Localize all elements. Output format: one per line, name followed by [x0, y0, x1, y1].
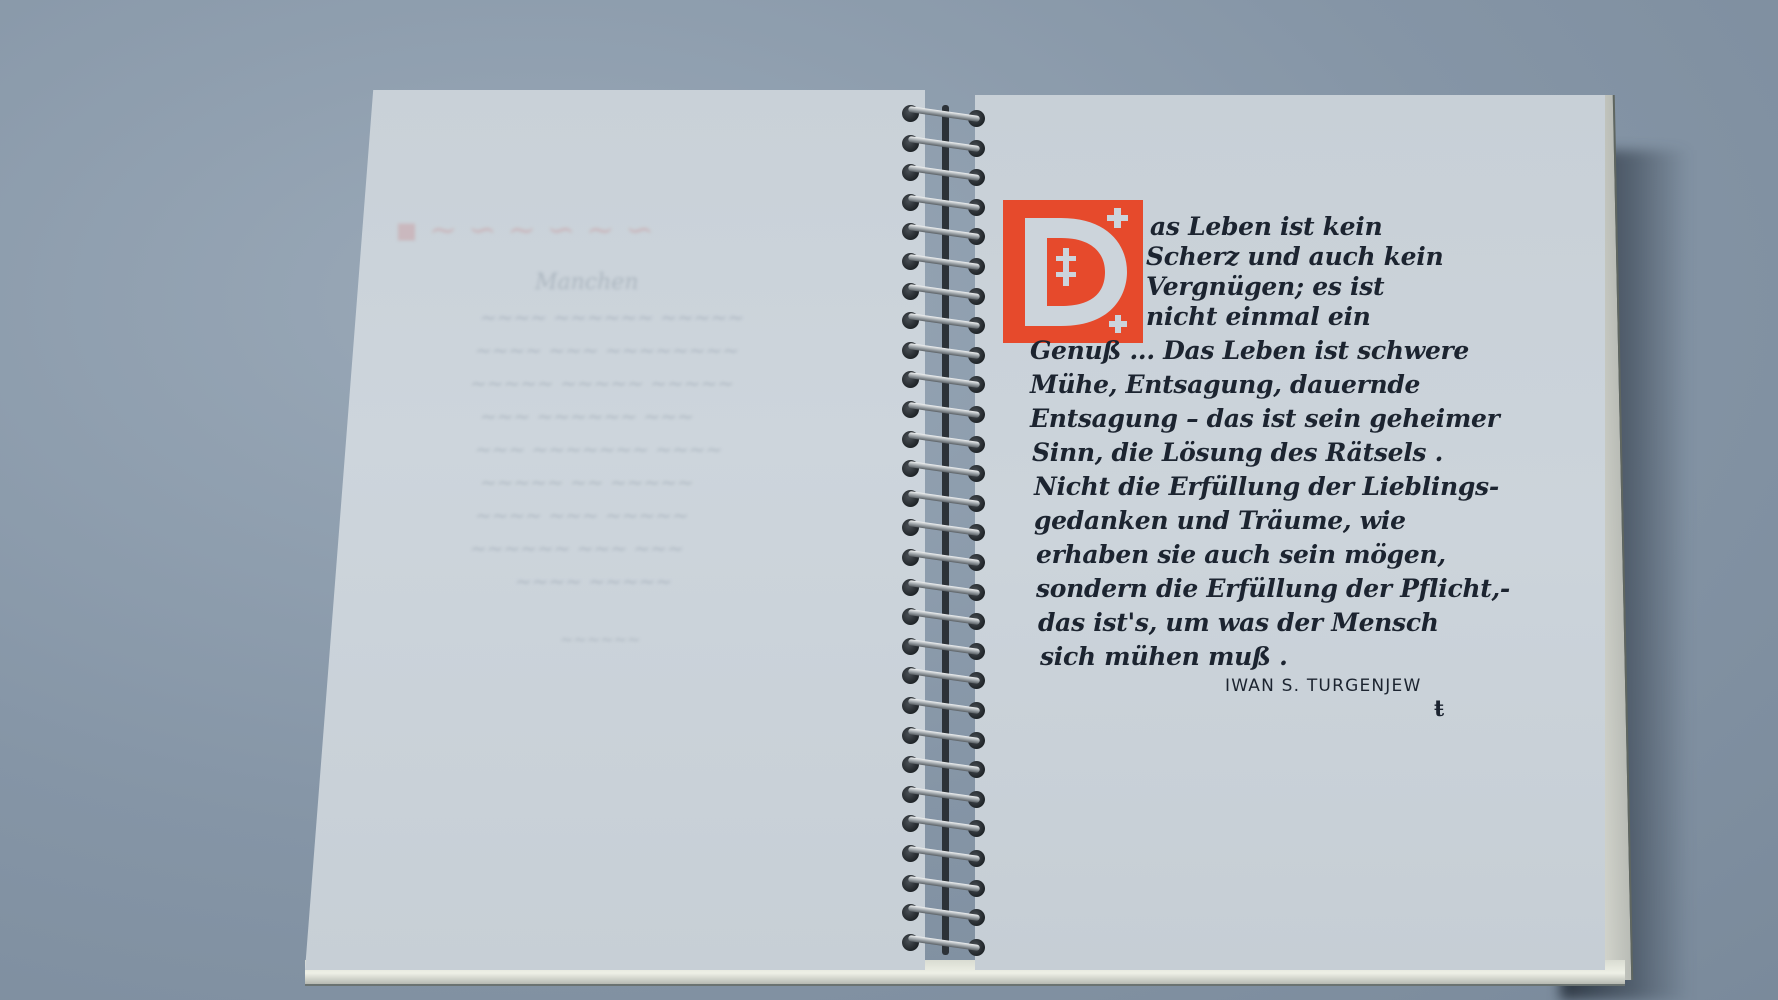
poem-line: Genuß ... Das Leben ist schwere	[1030, 336, 1469, 365]
spiral-coil	[900, 636, 995, 662]
ghost-heading: ▪ ~ ∽ ~ ∽ ~ ∽	[395, 210, 654, 250]
photo-scene: ▪ ~ ∽ ~ ∽ ~ ∽ Manchen ~~~~ ~~~~~~ ~~~~~ …	[0, 0, 1778, 1000]
spiral-coil	[900, 192, 995, 218]
coil-wire	[908, 728, 980, 744]
spiral-coil	[900, 873, 995, 899]
spiral-coil	[900, 221, 995, 247]
ghost-line: ~~~~~ ~~ ~~~~~	[480, 470, 694, 494]
poem-line: Sinn, die Lösung des Rätsels .	[1032, 438, 1443, 467]
poem-line: sondern die Erfüllung der Pflicht,-	[1036, 574, 1510, 603]
spiral-coil	[900, 725, 995, 751]
poem-line: gedanken und Träume, wie	[1034, 506, 1406, 535]
ghost-line: ~~~~ ~~~~~~ ~~~~~	[480, 305, 744, 329]
coil-wire	[908, 284, 980, 300]
spiral-binding	[900, 95, 995, 965]
ghost-line: ~~~~~~ ~~~ ~~~	[470, 536, 684, 560]
spiral-coil	[900, 665, 995, 691]
ghost-line: ~~~~ ~~~~~	[515, 569, 672, 593]
coil-wire	[908, 580, 980, 596]
spiral-coil	[900, 577, 995, 603]
poem-line: Mühe, Entsagung, dauernde	[1030, 370, 1420, 399]
ghost-line: ~~~ ~~~~~~~ ~~~~	[475, 437, 722, 461]
spiral-coil	[900, 813, 995, 839]
spiral-coil	[900, 547, 995, 573]
spiral-coil	[900, 606, 995, 632]
spiral-coil	[900, 754, 995, 780]
spiral-coil	[900, 281, 995, 307]
poem-line: Scherz und auch kein	[1146, 242, 1443, 271]
spiral-coil	[900, 369, 995, 395]
left-page: ▪ ~ ∽ ~ ∽ ~ ∽ Manchen ~~~~ ~~~~~~ ~~~~~ …	[305, 90, 925, 970]
spiral-coil	[900, 133, 995, 159]
spiral-coil	[900, 340, 995, 366]
poem-line: Vergnügen; es ist	[1146, 272, 1384, 301]
spiral-coil	[900, 458, 995, 484]
coil-wire	[908, 876, 980, 892]
spiral-coil	[900, 103, 995, 129]
spiral-coil	[900, 517, 995, 543]
spiral-coil	[900, 843, 995, 869]
spiral-coil	[900, 695, 995, 721]
poem-line: as Leben ist kein	[1150, 212, 1382, 241]
spiral-coil	[900, 429, 995, 455]
initial-d-icon	[1003, 200, 1143, 343]
ghost-line: Manchen	[535, 270, 639, 295]
poem-line: Nicht die Erfüllung der Lieblings-	[1034, 472, 1499, 501]
author-attribution: IWAN S. TURGENJEW	[1225, 676, 1421, 696]
red-initial-d	[1003, 200, 1143, 343]
ghost-line: ~~~~~~	[560, 630, 640, 649]
poem-line: das ist's, um was der Mensch	[1038, 608, 1439, 637]
spiral-coil	[900, 399, 995, 425]
spiral-coil	[900, 902, 995, 928]
spiral-coil	[900, 784, 995, 810]
ghost-line: ~~~~ ~~~ ~~~~~	[475, 503, 689, 527]
poem-line: nicht einmal ein	[1146, 302, 1371, 331]
spiral-coil	[900, 162, 995, 188]
spiral-coil	[900, 488, 995, 514]
spiral-coil	[900, 310, 995, 336]
ghost-line: ~~~~ ~~~ ~~~~~~~~	[475, 338, 739, 362]
coil-wire	[908, 432, 980, 448]
coil-wire	[908, 136, 980, 152]
poem-line: sich mühen muß .	[1040, 642, 1288, 671]
calligrapher-mark: ŧ	[1434, 696, 1444, 722]
poem-line: Entsagung – das ist sein geheimer	[1030, 404, 1500, 433]
spiral-coil	[900, 932, 995, 958]
poem-line: erhaben sie auch sein mögen,	[1036, 540, 1446, 569]
spiral-coil	[900, 251, 995, 277]
ghost-line: ~~~~~ ~~~~~ ~~~~~	[470, 371, 734, 395]
ghost-line: ~~~ ~~~~~~ ~~~	[480, 404, 694, 428]
